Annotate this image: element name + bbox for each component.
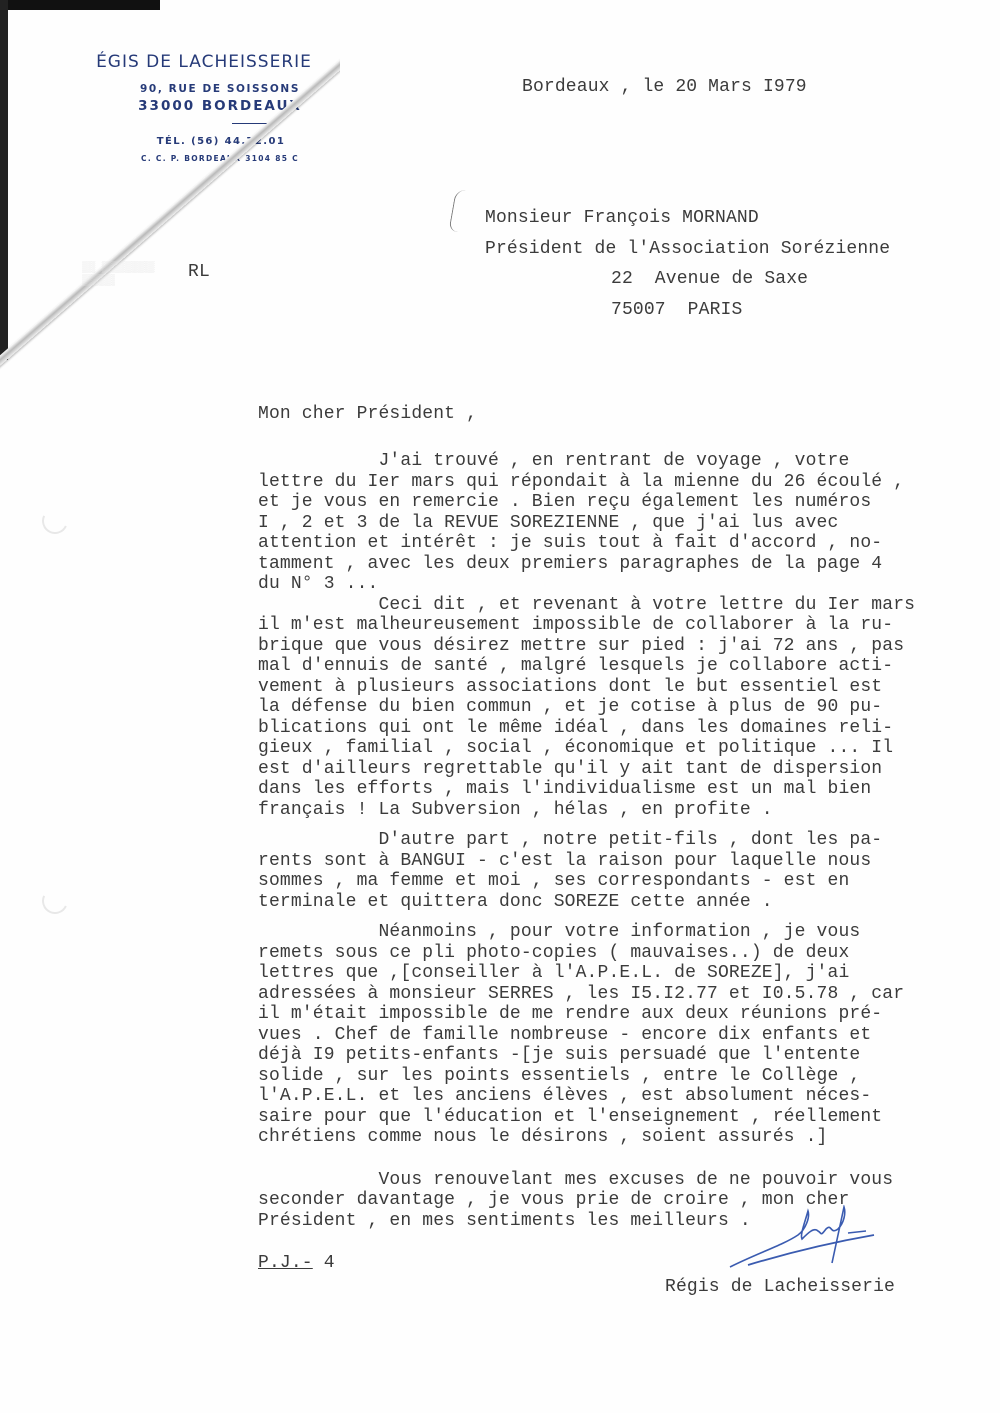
signer-name: Régis de Lacheisserie <box>665 1277 895 1298</box>
text-line: remets sous ce pli photo-copies ( mauvai… <box>258 943 915 964</box>
paragraph-gap <box>258 1148 915 1158</box>
text-line: mal d'ennuis de santé , malgré lesquels … <box>258 656 915 677</box>
text-line: J'ai trouvé , en rentrant de voyage , vo… <box>258 451 915 472</box>
text-line: brique que vous désirez mettre sur pied … <box>258 636 915 657</box>
enclosures-label: P.J.- <box>258 1253 313 1273</box>
recipient-address: Monsieur François MORNANDPrésident de l'… <box>485 203 890 325</box>
text-line: D'autre part , notre petit-fils , dont l… <box>258 830 915 851</box>
text-line: tamment , avec les deux premiers paragra… <box>258 554 915 575</box>
paragraph-gap <box>258 820 915 830</box>
enclosures-count: 4 <box>324 1253 335 1273</box>
text-line: sommes , ma femme et moi , ses correspon… <box>258 871 915 892</box>
text-line: attention et intérêt : je suis tout à fa… <box>258 533 915 554</box>
text-line: saire pour que l'éducation et l'enseigne… <box>258 1107 915 1128</box>
text-line: blications qui ont le même idéal , dans … <box>258 718 915 739</box>
salutation: Mon cher Président , <box>258 404 477 425</box>
handwritten-signature <box>728 1205 878 1275</box>
text-line: rents sont à BANGUI - c'est la raison po… <box>258 851 915 872</box>
paragraph: Néanmoins , pour votre information , je … <box>258 922 915 1148</box>
text-line: I , 2 et 3 de la REVUE SOREZIENNE , que … <box>258 513 915 534</box>
text-line: il m'était impossible de me rendre aux d… <box>258 1004 915 1025</box>
date-line: Bordeaux , le 20 Mars I979 <box>522 77 807 98</box>
text-line: Néanmoins , pour votre information , je … <box>258 922 915 943</box>
recipient-city: 75007 PARIS <box>485 295 890 326</box>
paragraph: D'autre part , notre petit-fils , dont l… <box>258 830 915 912</box>
text-line: déjà I9 petits-enfants -[je suis persuad… <box>258 1045 915 1066</box>
staple-mark <box>0 0 340 380</box>
text-line: adressées à monsieur SERRES , les I5.I2.… <box>258 984 915 1005</box>
text-line: dans les efforts , mais l'individualisme… <box>258 779 915 800</box>
text-line: Ceci dit , et revenant à votre lettre du… <box>258 595 915 616</box>
text-line: il m'est malheureusement impossible de c… <box>258 615 915 636</box>
paragraph: Ceci dit , et revenant à votre lettre du… <box>258 595 915 821</box>
text-line: français ! La Subversion , hélas , en pr… <box>258 800 915 821</box>
text-line: Vous renouvelant mes excuses de ne pouvo… <box>258 1170 915 1191</box>
text-line: lettre du Ier mars qui répondait à la mi… <box>258 472 915 493</box>
paragraph: J'ai trouvé , en rentrant de voyage , vo… <box>258 451 915 595</box>
letter-body: J'ai trouvé , en rentrant de voyage , vo… <box>258 451 915 1231</box>
paragraph-gap <box>258 912 915 922</box>
recipient-title: Président de l'Association Sorézienne <box>485 234 890 265</box>
text-line: et je vous en remercie . Bien reçu égale… <box>258 492 915 513</box>
text-line: solide , sur les points essentiels , ent… <box>258 1066 915 1087</box>
staple-icon <box>0 49 340 380</box>
text-line: vement à plusieurs associations dont le … <box>258 677 915 698</box>
recipient-name: Monsieur François MORNAND <box>485 203 890 234</box>
text-line: lettres que ,[conseiller à l'A.P.E.L. de… <box>258 963 915 984</box>
bleed-through-text: ▒▒ ▒▒▒▒▒▒▒▒ ▒▒▒▒▒ <box>82 262 155 288</box>
recipient-street: 22 Avenue de Saxe <box>485 264 890 295</box>
text-line: la défense du bien commun , et je cotise… <box>258 697 915 718</box>
text-line: vues . Chef de famille nombreuse - encor… <box>258 1025 915 1046</box>
text-line: du N° 3 ... <box>258 574 915 595</box>
paragraph-gap <box>258 1158 915 1170</box>
text-line: chrétiens comme nous le désirons , soien… <box>258 1127 915 1148</box>
reference-initials: RL <box>188 262 210 283</box>
enclosures: P.J.- 4 <box>258 1253 335 1274</box>
text-line: gieux , familial , social , économique e… <box>258 738 915 759</box>
text-line: terminale et quittera donc SOREZE cette … <box>258 892 915 913</box>
text-line: est d'ailleurs regrettable qu'il y ait t… <box>258 759 915 780</box>
text-line: l'A.P.E.L. et les anciens élèves , est a… <box>258 1086 915 1107</box>
